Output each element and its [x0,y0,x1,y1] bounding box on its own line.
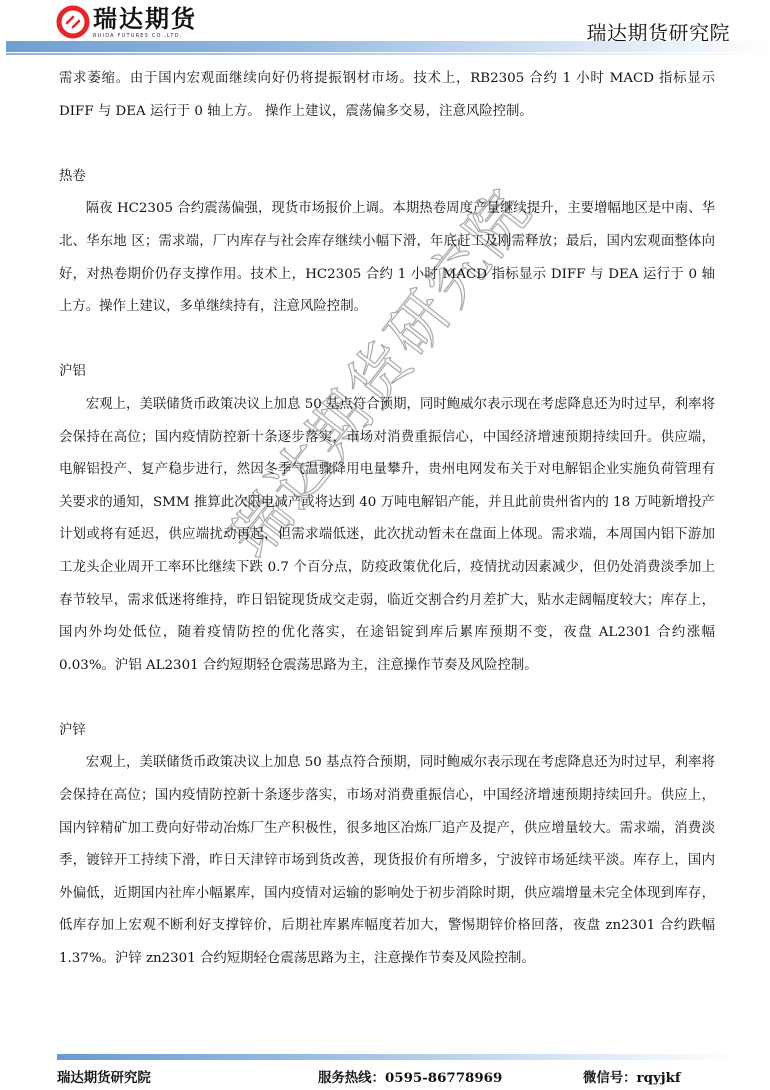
footer-wechat: 微信号：rqyjkf [583,1067,681,1086]
spacer [59,324,715,357]
section-body: 宏观上，美联储货币政策决议上加息 50 基点符合预期，同时鲍威尔表示现在考虑降息… [59,747,715,975]
section-hot-rolled-coil: 热卷 隔夜 HC2305 合约震荡偏强，现货市场报价上调。本期热卷周度产量继续提… [59,161,715,324]
ruida-logo-icon [56,5,90,39]
spacer [59,682,715,715]
section-aluminum: 沪铝 宏观上，美联储货币政策决议上加息 50 基点符合预期，同时鲍威尔表示现在考… [59,356,715,682]
section-body: 宏观上，美联储货币政策决议上加息 50 基点符合预期，同时鲍威尔表示现在考虑降息… [59,389,715,682]
header-divider [6,53,770,55]
intro-paragraph: 需求萎缩。由于国内宏观面继续向好仍将提振钢材市场。技术上，RB2305 合约 1… [59,63,715,128]
logo-chinese-name: 瑞达期货 [93,6,197,32]
section-body: 隔夜 HC2305 合约震荡偏强，现货市场报价上调。本期热卷周度产量继续提升，主… [59,193,715,323]
section-title: 热卷 [59,161,715,194]
footer-hotline: 服务热线：0595-86778969 [318,1067,502,1086]
section-zinc: 沪锌 宏观上，美联储货币政策决议上加息 50 基点符合预期，同时鲍威尔表示现在考… [59,715,715,976]
section-title: 沪铝 [59,356,715,389]
spacer [59,128,715,161]
footer-gradient-bar [57,1054,739,1060]
header-gradient-bar [6,41,770,52]
section-title: 沪锌 [59,715,715,748]
footer-org: 瑞达期货研究院 [57,1067,151,1086]
company-logo: 瑞达期货 RUIDA FUTURES CO.,LTD. [56,4,197,40]
logo-english-name: RUIDA FUTURES CO.,LTD. [93,33,197,39]
page-header: 瑞达期货 RUIDA FUTURES CO.,LTD. 瑞达期货研究院 [0,0,770,58]
report-body: 需求萎缩。由于国内宏观面继续向好仍将提振钢材市场。技术上，RB2305 合约 1… [59,63,715,976]
